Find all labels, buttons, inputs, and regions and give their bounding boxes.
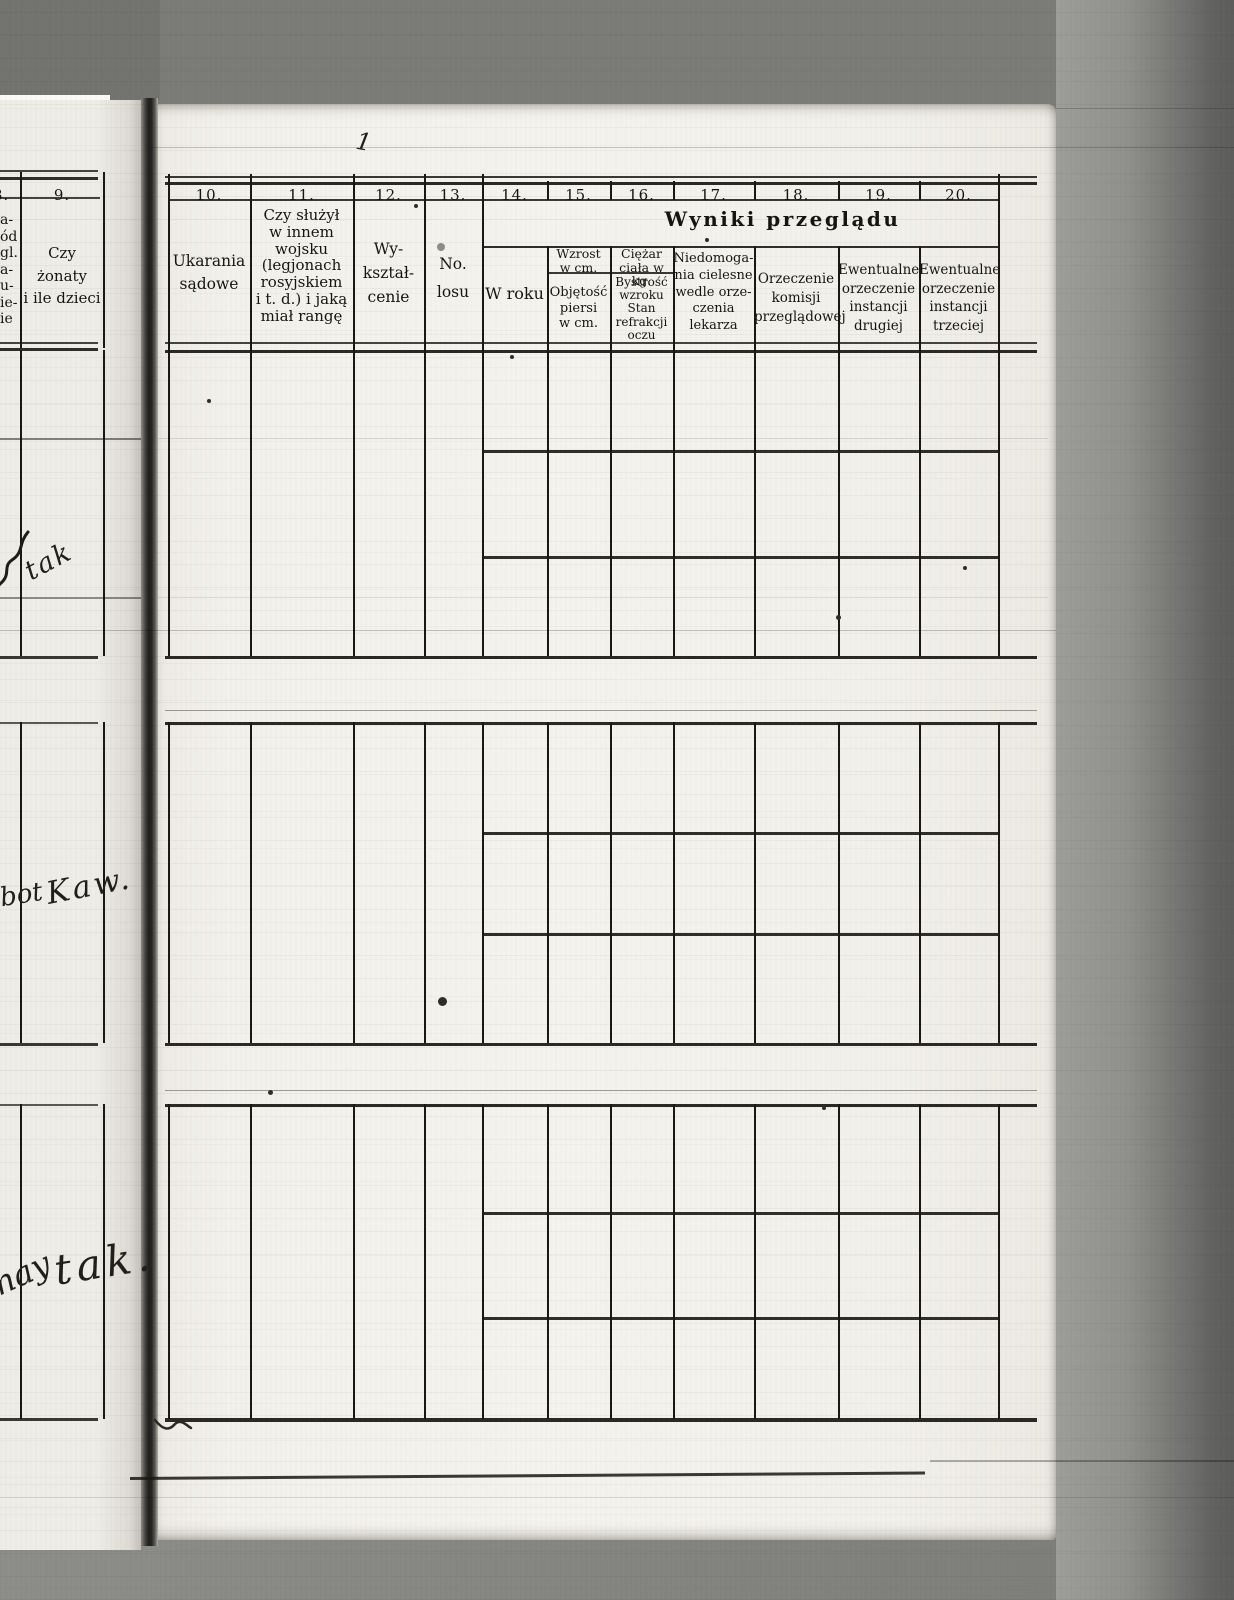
- column-number-13: 13.: [424, 186, 482, 203]
- ink-speck: [963, 566, 967, 570]
- header-ewentualne-orzeczenie-drugiej: Ewentualne orzeczenie instancji drugiej: [838, 261, 919, 335]
- header-czy-sluzyl-w-innem-wojsku: Czy służył w innem wojsku (legjonach ros…: [250, 207, 353, 325]
- grid-line-horizontal: [482, 1317, 998, 1320]
- scanner-background-top: [0, 0, 160, 100]
- ink-speck: [438, 997, 447, 1006]
- scanner-background-right: [1056, 0, 1234, 1600]
- grid-line-vertical: [250, 722, 252, 1043]
- grid-line-horizontal: [165, 710, 1037, 711]
- grid-line-horizontal: [0, 342, 98, 344]
- ink-speck: [822, 1106, 826, 1110]
- binding-gutter: [141, 98, 158, 1546]
- grid-line-vertical: [482, 350, 484, 656]
- grid-line-vertical: [353, 1104, 355, 1419]
- grid-line-horizontal: [165, 656, 1037, 659]
- header-wyniki-przegladu: Wyniki przeglądu: [482, 207, 998, 231]
- column-number-9: 9.: [20, 186, 104, 203]
- grid-line-vertical: [424, 350, 426, 656]
- grid-line-horizontal: [0, 170, 98, 172]
- grid-line-vertical: [673, 722, 675, 1043]
- grid-line-horizontal: [165, 350, 1037, 353]
- scanner-background-bottom: [0, 1540, 1056, 1600]
- grid-line-vertical: [424, 722, 426, 1043]
- grid-line-vertical: [353, 350, 355, 656]
- grid-line-vertical: [353, 722, 355, 1043]
- grid-line-vertical: [168, 1104, 170, 1419]
- grid-line-horizontal: [0, 177, 98, 180]
- header-no-losu: No. losu: [424, 250, 482, 306]
- grid-line-horizontal: [165, 342, 1037, 344]
- grid-line-vertical: [547, 722, 549, 1043]
- column-number-14: 14.: [482, 186, 547, 203]
- grid-line-horizontal: [482, 933, 998, 936]
- grid-line-vertical: [754, 350, 756, 656]
- grid-line-vertical: [998, 350, 1000, 656]
- ink-speck: [437, 243, 445, 251]
- header-bystrosc-wzroku: Bystrość wzroku Stan refrakcji oczu: [610, 276, 673, 342]
- grid-line-horizontal: [0, 722, 98, 724]
- grid-line-horizontal: [0, 348, 98, 351]
- column-number-19: 19.: [838, 186, 919, 203]
- grid-line-vertical: [998, 722, 1000, 1043]
- grid-line-horizontal: [0, 1418, 98, 1421]
- column-number-10: 10.: [168, 186, 250, 203]
- grid-line-vertical: [610, 350, 612, 656]
- column-number-20: 20.: [919, 186, 998, 203]
- ink-speck: [207, 399, 211, 403]
- grid-line-horizontal: [0, 1043, 98, 1046]
- grid-line-vertical: [482, 1104, 484, 1419]
- header-w-roku: W roku: [482, 284, 547, 303]
- grid-line-vertical: [998, 1104, 1000, 1419]
- scanned-register-page: 8. 9. a- ód gl. a- u- ie- ie Czy żonaty …: [0, 0, 1234, 1600]
- header-ewentualne-orzeczenie-trzeciej: Ewentualne orzeczenie instancji trzeciej: [919, 261, 998, 335]
- grid-line-horizontal: [165, 182, 1037, 185]
- grid-line-horizontal: [165, 176, 1037, 178]
- grid-line-vertical: [919, 350, 921, 656]
- grid-line-vertical: [168, 722, 170, 1043]
- handwriting-check-stroke: [153, 1416, 193, 1434]
- header-orzeczenie-komisji: Orzeczenie komisji przeglądowej: [754, 270, 838, 327]
- grid-line-vertical: [673, 350, 675, 656]
- header-ukarania-sadowe: Ukarania sądowe: [168, 250, 250, 296]
- grid-line-vertical: [250, 350, 252, 656]
- grid-line-vertical: [754, 722, 756, 1043]
- header-wzrost-w-cm: Wzrost w cm.: [547, 247, 610, 274]
- grid-line-vertical: [610, 722, 612, 1043]
- left-page-col9-header: Czy żonaty i ile dzieci: [14, 242, 110, 310]
- grid-line-horizontal: [482, 1212, 998, 1215]
- grid-line-vertical: [250, 1104, 252, 1419]
- column-number-17: 17.: [673, 186, 754, 203]
- grid-line-vertical: [919, 722, 921, 1043]
- ink-speck: [510, 355, 514, 359]
- grid-line-vertical: [610, 1104, 612, 1419]
- grid-line-horizontal: [165, 1104, 1037, 1107]
- grid-line-horizontal: [482, 832, 998, 835]
- grid-line-vertical: [838, 1104, 840, 1419]
- header-niedomogania-cielesne: Niedomoga- nia cielesne wedle orze- czen…: [673, 251, 754, 335]
- header-objetosc-piersi: Objętość piersi w cm.: [547, 285, 610, 332]
- ink-speck: [268, 1090, 273, 1095]
- grid-line-horizontal: [165, 722, 1037, 725]
- column-number-16: 16.: [610, 186, 673, 203]
- grid-line-vertical: [673, 1104, 675, 1419]
- grid-line-horizontal: [0, 1104, 98, 1106]
- grid-line-vertical: [919, 1104, 921, 1419]
- column-number-11: 11.: [250, 186, 353, 203]
- grid-line-vertical: [838, 350, 840, 656]
- grid-line-horizontal: [482, 450, 998, 453]
- grid-line-horizontal: [165, 1418, 1037, 1422]
- grid-line-vertical: [424, 1104, 426, 1419]
- grid-line-vertical: [168, 350, 170, 656]
- column-number-15: 15.: [547, 186, 610, 203]
- grid-line-vertical: [754, 1104, 756, 1419]
- column-number-8-partial: 8.: [0, 186, 11, 203]
- grid-line-vertical: [103, 350, 105, 656]
- column-number-12: 12.: [353, 186, 424, 203]
- ink-speck: [414, 204, 418, 208]
- grid-line-vertical: [547, 350, 549, 656]
- ink-speck: [836, 615, 841, 620]
- column-number-18: 18.: [754, 186, 838, 203]
- ink-speck: [705, 238, 709, 242]
- grid-line-horizontal: [165, 1043, 1037, 1046]
- header-wyksztalcenie: Wy- kształ- cenie: [353, 237, 424, 309]
- grid-line-vertical: [838, 722, 840, 1043]
- grid-line-horizontal: [482, 556, 998, 559]
- grid-line-vertical: [20, 350, 22, 656]
- grid-line-vertical: [482, 722, 484, 1043]
- grid-line-horizontal: [165, 1090, 1037, 1091]
- grid-line-vertical: [547, 1104, 549, 1419]
- grid-line-horizontal: [0, 656, 98, 659]
